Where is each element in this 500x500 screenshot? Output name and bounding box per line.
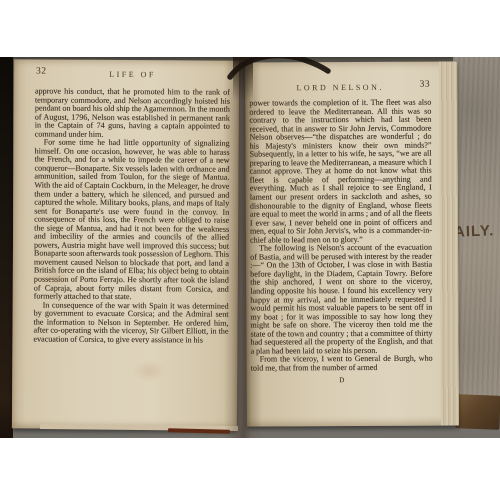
- running-head-left: LIFE OF: [35, 69, 230, 79]
- signature-mark: D: [251, 375, 433, 384]
- page-number-left: 32: [36, 66, 47, 76]
- book-spine-shadow: [0, 57, 13, 438]
- page-fore-edge: [439, 61, 459, 425]
- paragraph: power towards the completion of it. The …: [249, 99, 432, 245]
- right-page-text: power towards the completion of it. The …: [249, 99, 432, 385]
- left-page-header: 32 LIFE OF: [35, 69, 230, 81]
- paragraph: From the viceroy, I went to General de B…: [251, 355, 433, 373]
- left-page-text: approve his conduct, that he promoted hi…: [33, 87, 230, 345]
- paragraph: In consequence of the war with Spain it …: [33, 301, 228, 345]
- paragraph: approve his conduct, that he promoted hi…: [35, 87, 230, 139]
- foxing-spot: [132, 360, 166, 382]
- paragraph: For some time he had little opportunity …: [34, 139, 230, 303]
- background-stamp-text: AILY.: [454, 222, 495, 240]
- page-number-right: 33: [420, 80, 431, 90]
- paragraph: The following is Nelson's account of the…: [250, 244, 433, 356]
- book-edge-red: [168, 428, 230, 434]
- right-page-header: LORD NELSON. 33: [249, 83, 431, 95]
- book-page-right: LORD NELSON. 33 power towards the comple…: [245, 61, 459, 426]
- table-surface: AILY.: [453, 57, 500, 417]
- photo-band: AILY. 32 LIFE OF approve his conduct, th…: [0, 57, 500, 438]
- metal-clip-icon: [224, 57, 334, 83]
- book-photo: AILY. 32 LIFE OF approve his conduct, th…: [0, 0, 500, 500]
- book-cover-corner: [455, 394, 500, 430]
- running-head-right: LORD NELSON.: [249, 83, 431, 93]
- book-page-left: 32 LIFE OF approve his conduct, that he …: [12, 59, 239, 429]
